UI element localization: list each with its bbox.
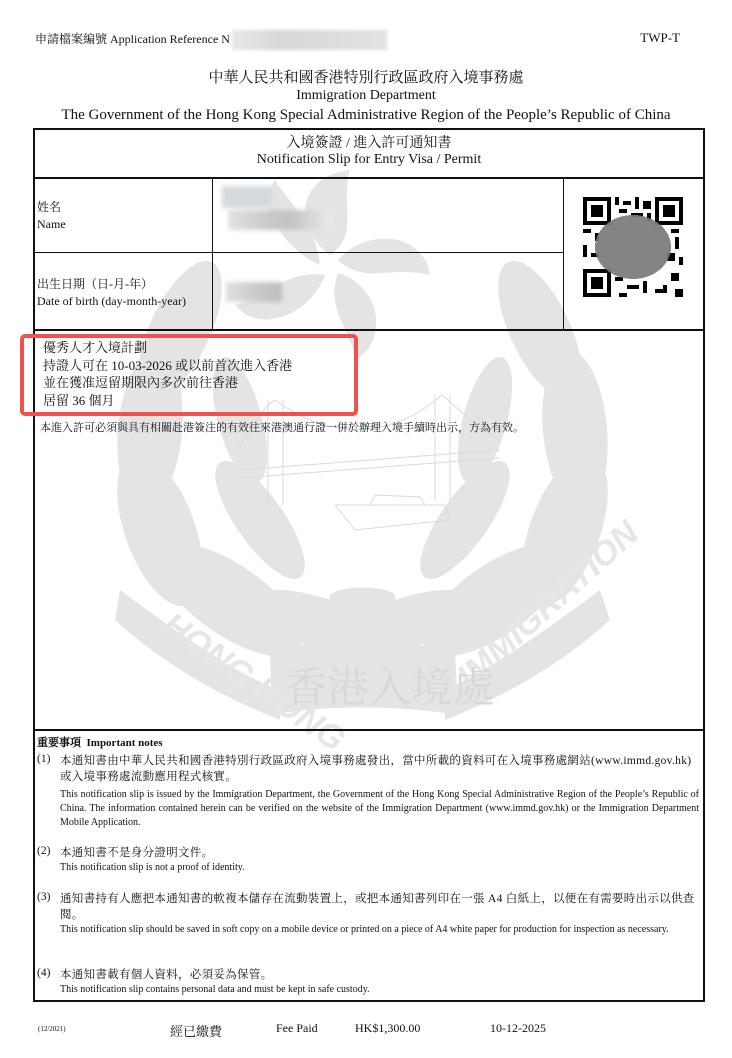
entry-conditions: 優秀人才入境計劃 持證人可在 10-03-2026 或以前首次進入香港 並在獲准… — [43, 339, 292, 409]
note-item-1: (1) 本通知書由中華人民共和國香港特別行政區政府入境事務處發出，當中所載的資料… — [37, 753, 699, 830]
name-label-en: Name — [37, 216, 66, 233]
issue-date: 10-12-2025 — [490, 1021, 546, 1036]
department-name-zh: 中華人民共和國香港特別行政區政府入境事務處 — [0, 66, 732, 87]
reference-value-redacted — [232, 30, 387, 50]
name-value-redacted — [222, 186, 334, 232]
divider — [33, 729, 705, 731]
divider — [212, 178, 213, 330]
fee-amount: HK$1,300.00 — [355, 1021, 420, 1036]
important-notes: 重要事項 Important notes (1) 本通知書由中華人民共和國香港特… — [37, 734, 697, 750]
note-item-3: (3) 通知書持有人應把本通知書的軟複本儲存在流動裝置上，或把本通知書列印在一張… — [37, 891, 699, 937]
fee-paid-label-zh: 經已繳費 — [170, 1021, 222, 1040]
slip-title-zh: 入境簽證 / 進入許可通知書 — [33, 132, 705, 152]
multiple-entry-condition: 並在獲准逗留期限內多次前往香港 — [43, 374, 292, 392]
dob-label-zh: 出生日期（日-月-年） — [37, 276, 186, 293]
form-version: (12/2021) — [38, 1025, 66, 1033]
name-label-zh: 姓名 — [37, 199, 66, 216]
divider — [33, 329, 705, 331]
department-name-en: Immigration Department — [0, 88, 732, 104]
name-label: 姓名 Name — [37, 199, 66, 233]
note-item-4: (4) 本通知書載有個人資料，必須妥為保管。 This notification… — [37, 967, 699, 997]
scheme-name: 優秀人才入境計劃 — [43, 339, 292, 357]
form-code: TWP-T — [640, 30, 680, 46]
notes-title: 重要事項 Important notes — [37, 734, 697, 750]
government-name-en: The Government of the Hong Kong Special … — [0, 107, 732, 124]
slip-title-en: Notification Slip for Entry Visa / Permi… — [33, 152, 705, 168]
dob-label: 出生日期（日-月-年） Date of birth (day-month-yea… — [37, 276, 186, 310]
divider — [563, 178, 564, 330]
validity-note: 本進入許可必須與具有相關赴港簽注的有效往來港澳通行證一併於辦理入境手續時出示，方… — [40, 419, 524, 435]
note-item-2: (2) 本通知書不是身分證明文件。 This notification slip… — [37, 845, 699, 875]
stay-duration: 居留 36 個月 — [43, 392, 292, 410]
divider — [33, 177, 705, 179]
dob-value-redacted — [226, 268, 284, 306]
dob-label-en: Date of birth (day-month-year) — [37, 293, 186, 310]
divider — [33, 252, 563, 253]
first-entry-deadline: 持證人可在 10-03-2026 或以前首次進入香港 — [43, 357, 292, 375]
slip-title: 入境簽證 / 進入許可通知書 Notification Slip for Ent… — [33, 128, 705, 178]
application-reference: 申請檔案編號 Application Reference N — [35, 30, 387, 50]
reference-label: 申請檔案編號 Application Reference N — [35, 32, 230, 46]
qr-code-icon — [583, 197, 683, 297]
fee-paid-label-en: Fee Paid — [276, 1021, 318, 1036]
